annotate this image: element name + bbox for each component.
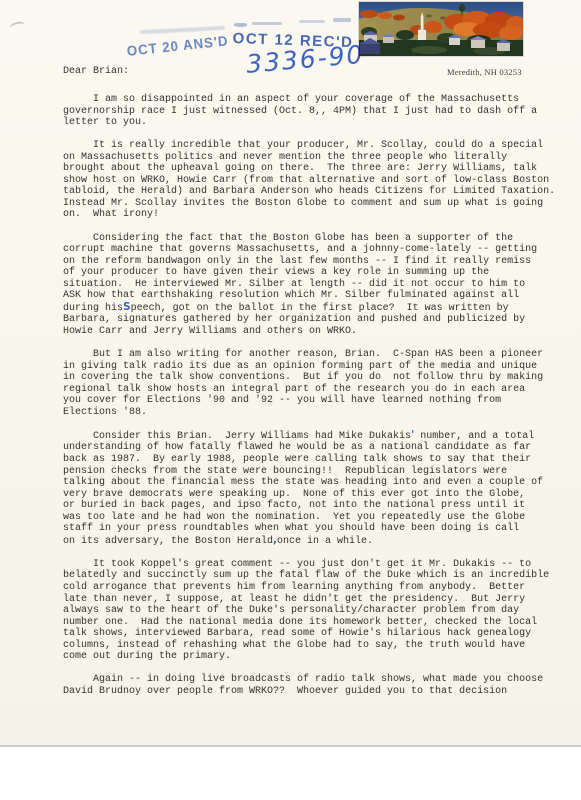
typed-text: But I am also writing for another reason…	[63, 349, 543, 418]
stamp-smudge	[299, 20, 325, 23]
letter-paragraph: But I am also writing for another reason…	[63, 349, 571, 418]
handwritten-correction: S	[123, 301, 131, 313]
letter-paragraph: It took Koppel's great comment -- you ju…	[63, 559, 571, 663]
letter-body: I am so disappointed in an aspect of you…	[63, 94, 571, 709]
letter-paragraph: It is really incredible that your produc…	[63, 140, 571, 221]
stamp-smudge	[252, 22, 282, 25]
typed-text: Considering the fact that the Boston Glo…	[63, 233, 537, 314]
letter-paragraph: I am so disappointed in an aspect of you…	[63, 94, 571, 129]
date-stamp-answered: OCT 20 ANS'D	[126, 32, 229, 59]
typed-text: It took Koppel's great comment -- you ju…	[63, 559, 549, 662]
letter-page: OCT 20 ANS'D OCT 12 REC'D 3336-90	[0, 0, 581, 747]
typed-text: Consider this Brian. Jerry Williams had …	[63, 431, 411, 442]
letter-paragraph: Consider this Brian. Jerry Williams had …	[63, 430, 571, 547]
typed-text: I am so disappointed in an aspect of you…	[63, 94, 537, 128]
typed-text: It is really incredible that your produc…	[63, 140, 555, 220]
typed-text: once in a while.	[277, 536, 373, 547]
stamp-smudge	[333, 18, 351, 22]
typed-text: Again -- in doing live broadcasts of rad…	[63, 674, 543, 697]
pencil-smudge	[9, 21, 25, 32]
letter-paragraph: Again -- in doing live broadcasts of rad…	[63, 674, 571, 697]
postcard-photo-autumn-village	[359, 2, 523, 56]
letter-paragraph: Considering the fact that the Boston Glo…	[63, 233, 571, 338]
typed-text: number, and a total understanding of how…	[63, 431, 543, 547]
typed-text: peech, got on the ballot in the first pl…	[63, 303, 525, 337]
salutation: Dear Brian:	[63, 66, 129, 77]
stamp-smudge	[234, 23, 247, 27]
photo-caption: Meredith, NH 03253	[447, 67, 522, 77]
